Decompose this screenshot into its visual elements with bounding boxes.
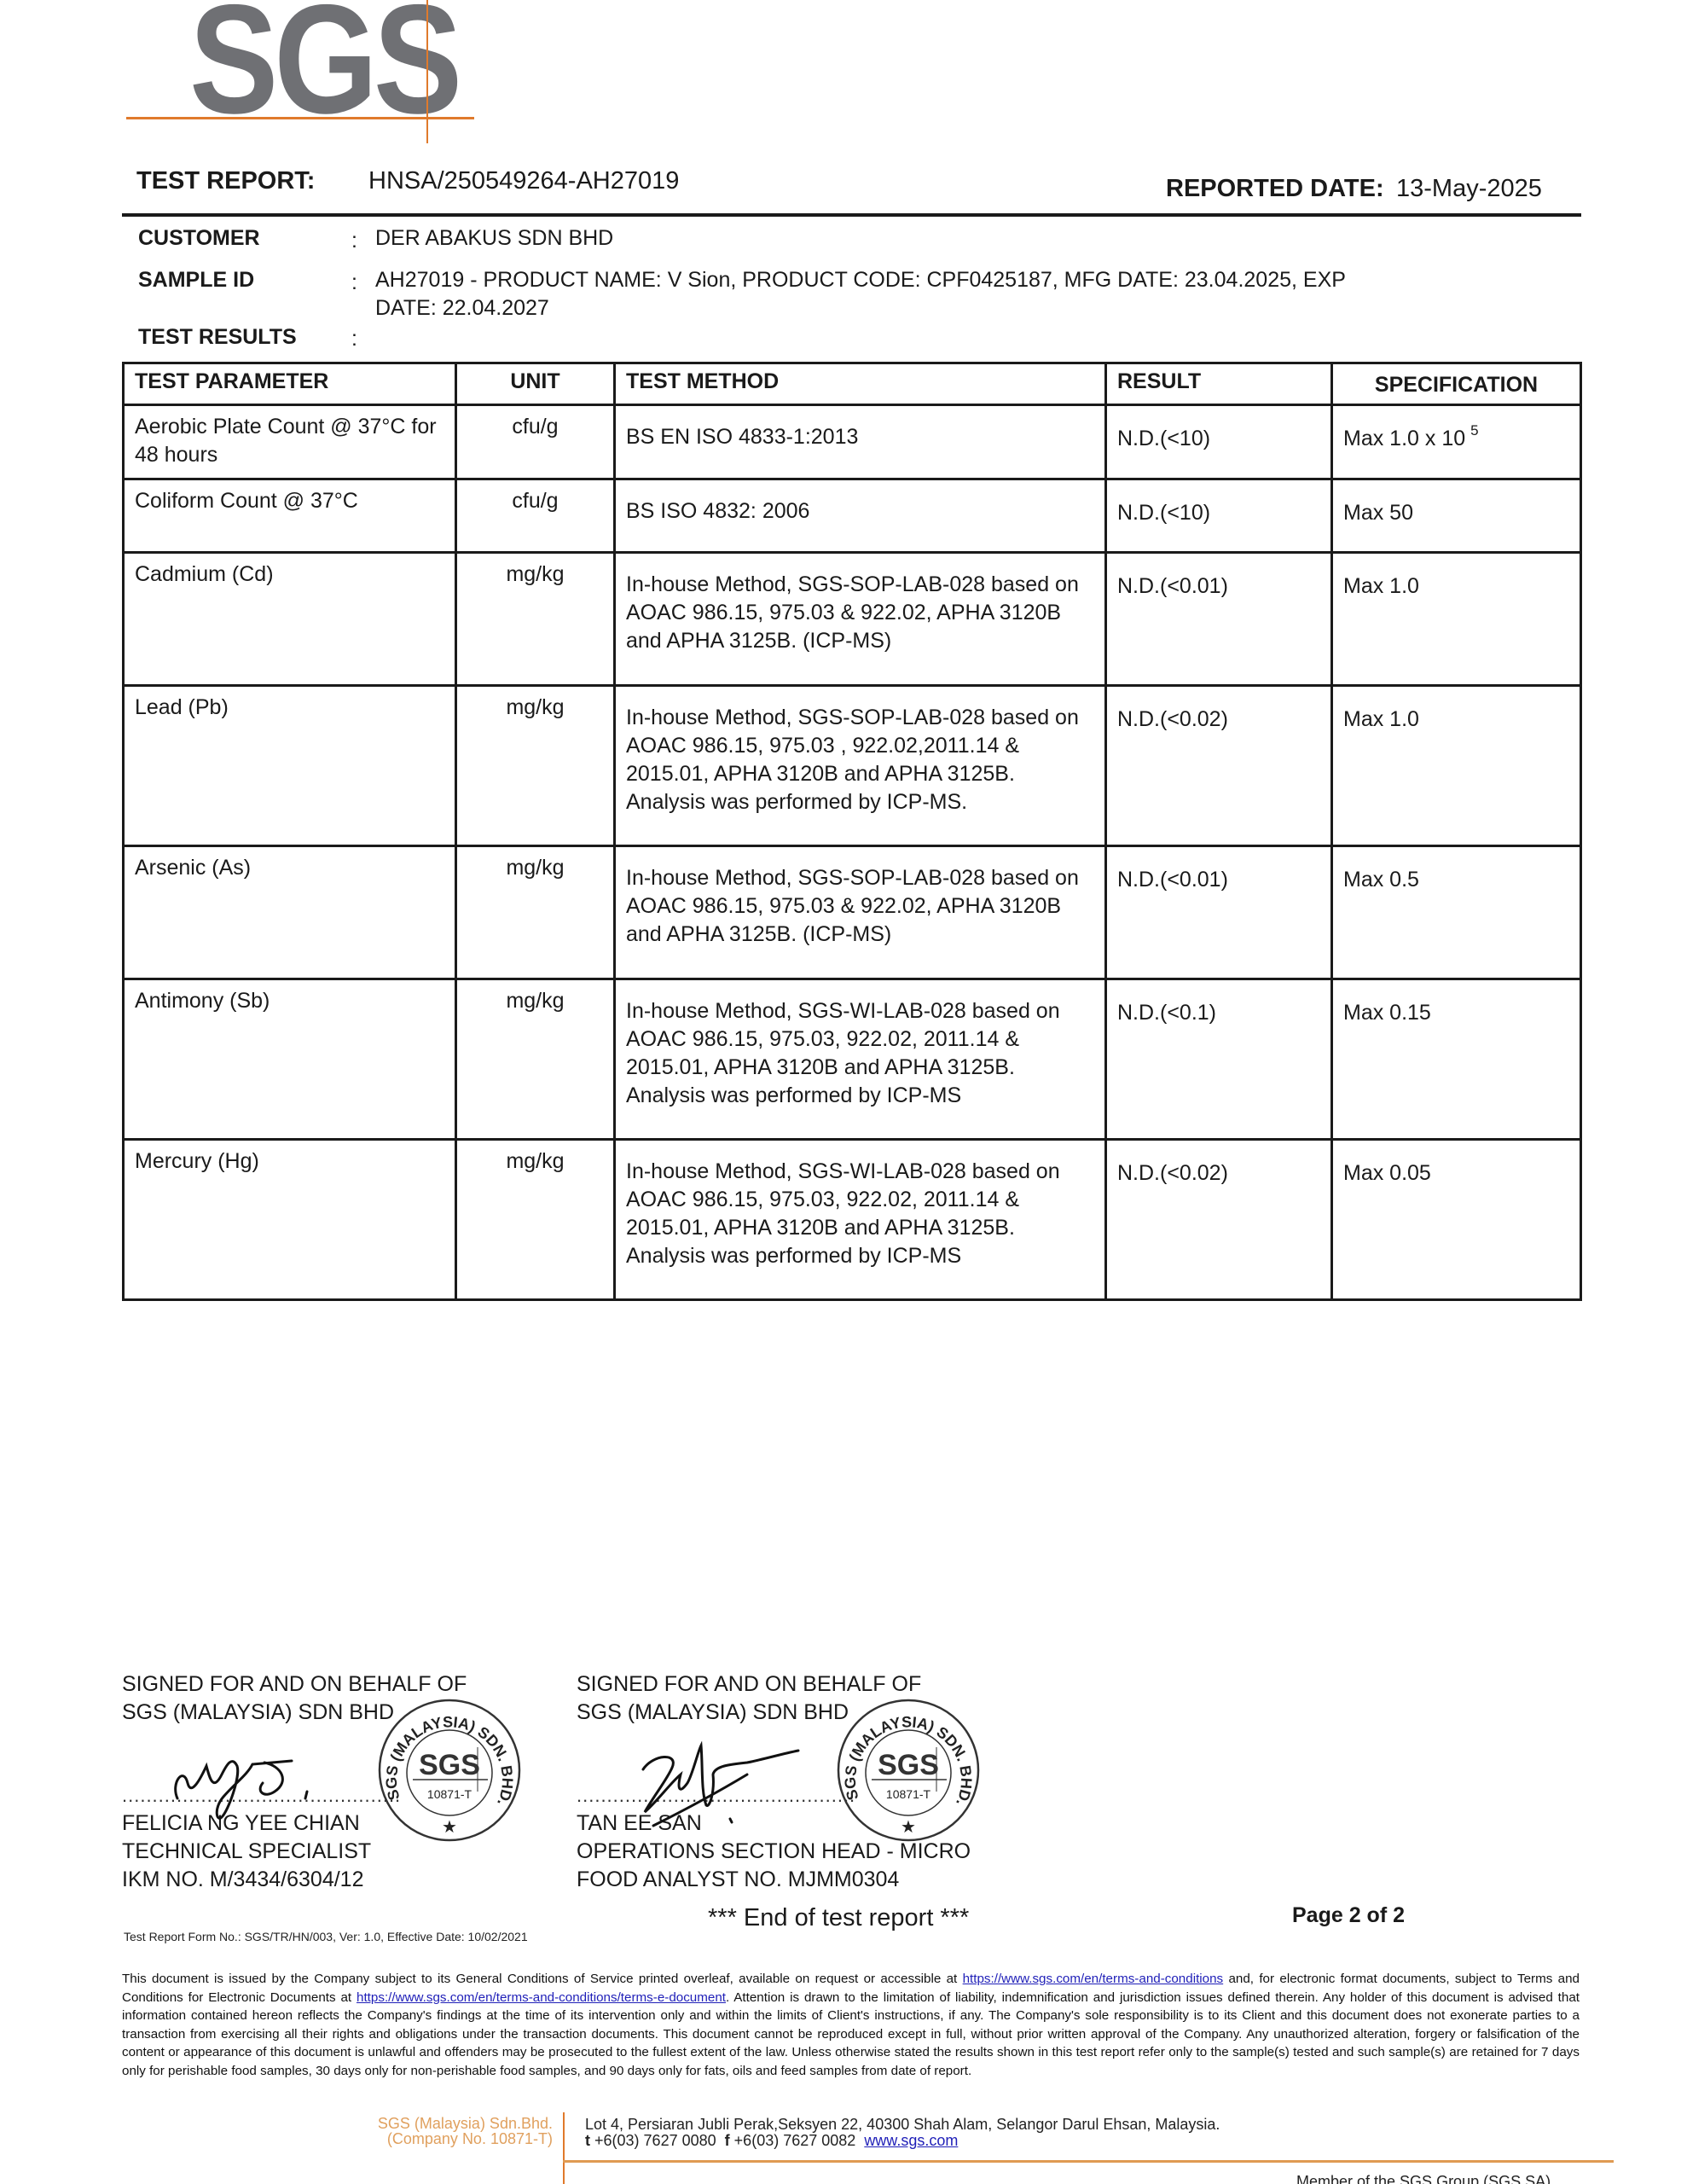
- results-table: TEST PARAMETER UNIT TEST METHOD RESULT S…: [122, 362, 1582, 1301]
- cell-method: In-house Method, SGS-SOP-LAB-028 based o…: [615, 553, 1106, 686]
- table-row: Aerobic Plate Count @ 37°C for 48 hours …: [124, 405, 1581, 479]
- spec-value: Max 1.0 x 10: [1343, 427, 1465, 450]
- cell-unit: mg/kg: [456, 553, 615, 686]
- fax-number: +6(03) 7627 0082: [734, 2132, 856, 2149]
- cell-specification: Max 0.5: [1332, 846, 1581, 979]
- cell-unit: mg/kg: [456, 979, 615, 1140]
- end-of-report: *** End of test report ***: [708, 1904, 969, 1932]
- test-results-label: TEST RESULTS: [138, 325, 297, 350]
- cell-result: N.D.(<10): [1106, 405, 1332, 479]
- column-header-specification: SPECIFICATION: [1332, 363, 1581, 405]
- company-name: SGS (Malaysia) Sdn.Bhd. (Company No. 108…: [316, 2116, 553, 2146]
- sample-id-line-1: AH27019 - PRODUCT NAME: V Sion, PRODUCT …: [375, 266, 1450, 294]
- contact-line: t +6(03) 7627 0080 f +6(03) 7627 0082 ww…: [585, 2133, 1220, 2149]
- spec-value: Max 1.0: [1343, 574, 1419, 598]
- customer-value: DER ABAKUS SDN BHD: [375, 224, 1450, 253]
- signatory-registration: FOOD ANALYST NO. MJMM0304: [577, 1866, 971, 1894]
- spec-value: Max 1.0: [1343, 707, 1419, 731]
- terms-and-conditions-link[interactable]: https://www.sgs.com/en/terms-and-conditi…: [963, 1972, 1224, 1986]
- svg-text:★: ★: [442, 1818, 457, 1837]
- phone-number: +6(03) 7627 0080: [594, 2132, 716, 2149]
- reported-date: 13-May-2025: [1396, 175, 1542, 203]
- sample-id-colon: :: [351, 270, 357, 295]
- cell-parameter: Lead (Pb): [124, 686, 456, 846]
- company-number: (Company No. 10871-T): [316, 2131, 553, 2146]
- table-header-row: TEST PARAMETER UNIT TEST METHOD RESULT S…: [124, 363, 1581, 405]
- logo-orange-rule: [126, 117, 474, 119]
- footer-orange-rule: [563, 2160, 1614, 2163]
- sgs-logo-icon: SGS: [189, 0, 458, 136]
- svg-text:SGS: SGS: [419, 1749, 480, 1781]
- cell-parameter: Aerobic Plate Count @ 37°C for 48 hours: [124, 405, 456, 479]
- cell-parameter: Mercury (Hg): [124, 1140, 456, 1300]
- cell-unit: cfu/g: [456, 479, 615, 553]
- cell-specification: Max 1.0 x 105: [1332, 405, 1581, 479]
- spec-value: Max 0.15: [1343, 1001, 1431, 1025]
- cell-specification: Max 1.0: [1332, 686, 1581, 846]
- cell-unit: mg/kg: [456, 846, 615, 979]
- signed-on-behalf-heading: SIGNED FOR AND ON BEHALF OF: [577, 1670, 971, 1699]
- sample-id-value: AH27019 - PRODUCT NAME: V Sion, PRODUCT …: [375, 266, 1450, 322]
- sgs-company-stamp-icon: SGS (MALAYSIA) SDN. BHD. SGS 10871-T ★: [377, 1698, 522, 1843]
- test-report-label: TEST REPORT:: [136, 167, 315, 195]
- cell-parameter: Antimony (Sb): [124, 979, 456, 1140]
- table-row: Cadmium (Cd) mg/kg In-house Method, SGS-…: [124, 553, 1581, 686]
- member-of-group: Member of the SGS Group (SGS SA): [1296, 2173, 1551, 2184]
- table-row: Mercury (Hg) mg/kg In-house Method, SGS-…: [124, 1140, 1581, 1300]
- cell-specification: Max 1.0: [1332, 553, 1581, 686]
- svg-text:SGS: SGS: [878, 1749, 939, 1781]
- cell-specification: Max 0.15: [1332, 979, 1581, 1140]
- cell-unit: mg/kg: [456, 686, 615, 846]
- cell-parameter: Cadmium (Cd): [124, 553, 456, 686]
- cell-result: N.D.(<0.1): [1106, 979, 1332, 1140]
- spec-value: Max 50: [1343, 501, 1413, 525]
- cell-specification: Max 50: [1332, 479, 1581, 553]
- cell-method: In-house Method, SGS-WI-LAB-028 based on…: [615, 979, 1106, 1140]
- cell-method: In-house Method, SGS-SOP-LAB-028 based o…: [615, 686, 1106, 846]
- cell-result: N.D.(<10): [1106, 479, 1332, 553]
- fax-icon: f: [725, 2132, 730, 2149]
- cell-result: N.D.(<0.01): [1106, 846, 1332, 979]
- terms-e-document-link[interactable]: https://www.sgs.com/en/terms-and-conditi…: [357, 1990, 726, 2005]
- cell-method: In-house Method, SGS-SOP-LAB-028 based o…: [615, 846, 1106, 979]
- svg-text:★: ★: [901, 1818, 916, 1837]
- cell-unit: mg/kg: [456, 1140, 615, 1300]
- reported-date-label: REPORTED DATE:: [1166, 175, 1384, 203]
- sgs-company-stamp-icon: SGS (MALAYSIA) SDN. BHD. SGS 10871-T ★: [836, 1698, 981, 1843]
- logo-orange-vertical-rule: [426, 0, 428, 143]
- footer-vertical-rule: [563, 2112, 565, 2184]
- column-header-test-parameter: TEST PARAMETER: [124, 363, 456, 405]
- customer-colon: :: [351, 229, 357, 253]
- table-row: Coliform Count @ 37°C cfu/g BS ISO 4832:…: [124, 479, 1581, 553]
- cell-unit: cfu/g: [456, 405, 615, 479]
- column-header-result: RESULT: [1106, 363, 1332, 405]
- signature-felicia-icon: [162, 1732, 358, 1826]
- sample-id-label: SAMPLE ID: [138, 268, 254, 293]
- form-number: Test Report Form No.: SGS/TR/HN/003, Ver…: [124, 1930, 528, 1943]
- header-divider: [122, 213, 1581, 217]
- page-number: Page 2 of 2: [1292, 1903, 1405, 1928]
- cell-parameter: Coliform Count @ 37°C: [124, 479, 456, 553]
- column-header-unit: UNIT: [456, 363, 615, 405]
- signed-on-behalf-heading: SIGNED FOR AND ON BEHALF OF: [122, 1670, 467, 1699]
- signature-tan-icon: [619, 1740, 815, 1834]
- cell-method: BS ISO 4832: 2006: [615, 479, 1106, 553]
- test-results-colon: :: [351, 327, 357, 351]
- phone-icon: t: [585, 2132, 590, 2149]
- cell-method: In-house Method, SGS-WI-LAB-028 based on…: [615, 1140, 1106, 1300]
- cell-method: BS EN ISO 4833-1:2013: [615, 405, 1106, 479]
- cell-parameter: Arsenic (As): [124, 846, 456, 979]
- spec-value: Max 0.5: [1343, 868, 1419, 892]
- test-report-number: HNSA/250549264-AH27019: [368, 167, 679, 195]
- svg-text:10871-T: 10871-T: [427, 1787, 472, 1801]
- spec-exponent: 5: [1470, 422, 1478, 439]
- cell-result: N.D.(<0.02): [1106, 1140, 1332, 1300]
- cell-result: N.D.(<0.02): [1106, 686, 1332, 846]
- cell-specification: Max 0.05: [1332, 1140, 1581, 1300]
- svg-text:10871-T: 10871-T: [886, 1787, 931, 1801]
- company-address: Lot 4, Persiaran Jubli Perak,Seksyen 22,…: [585, 2117, 1220, 2149]
- address-line: Lot 4, Persiaran Jubli Perak,Seksyen 22,…: [585, 2117, 1220, 2133]
- cell-result: N.D.(<0.01): [1106, 553, 1332, 686]
- legal-disclaimer: This document is issued by the Company s…: [122, 1970, 1580, 2081]
- table-row: Arsenic (As) mg/kg In-house Method, SGS-…: [124, 846, 1581, 979]
- spec-value: Max 0.05: [1343, 1161, 1431, 1185]
- sample-id-line-2: DATE: 22.04.2027: [375, 294, 1450, 322]
- signatory-registration: IKM NO. M/3434/6304/12: [122, 1866, 467, 1894]
- disclaimer-text: This document is issued by the Company s…: [122, 1972, 963, 1986]
- table-row: Lead (Pb) mg/kg In-house Method, SGS-SOP…: [124, 686, 1581, 846]
- customer-label: CUSTOMER: [138, 226, 260, 251]
- company-name-text: SGS (Malaysia) Sdn.Bhd.: [316, 2116, 553, 2131]
- column-header-test-method: TEST METHOD: [615, 363, 1106, 405]
- website-link[interactable]: www.sgs.com: [864, 2132, 958, 2149]
- table-row: Antimony (Sb) mg/kg In-house Method, SGS…: [124, 979, 1581, 1140]
